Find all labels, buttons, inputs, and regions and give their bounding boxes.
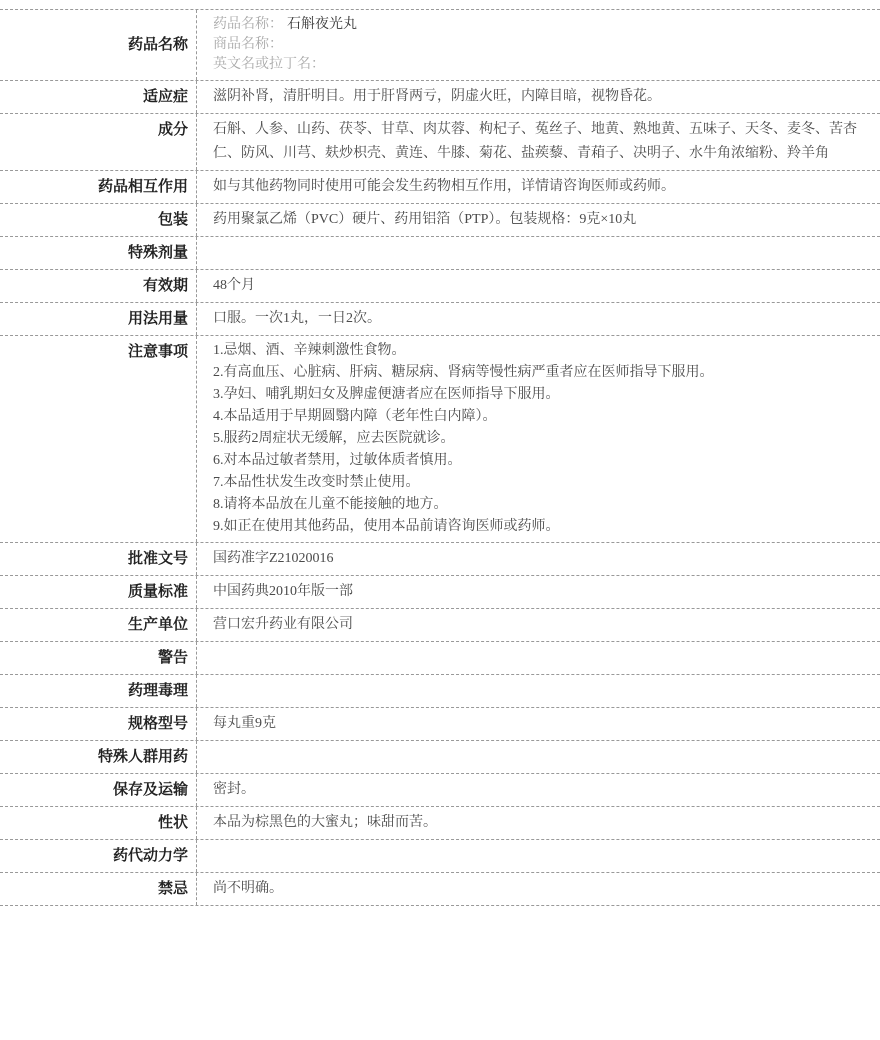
row-content: 国药准字Z21020016 (197, 543, 880, 575)
english-name-line: 英文名或拉丁名： (213, 55, 866, 75)
row-content: 营口宏升药业有限公司 (197, 609, 880, 641)
row-label: 性状 (0, 807, 197, 839)
row-content: 密封。 (197, 774, 880, 806)
row-label: 保存及运输 (0, 774, 197, 806)
row-label: 药理毒理 (0, 675, 197, 707)
row-label: 注意事项 (0, 336, 197, 542)
row-content: 滋阴补肾，清肝明目。用于肝肾两亏，阴虚火旺，内障目暗，视物昏花。 (197, 81, 880, 113)
precaution-item: 1.忌烟、酒、辛辣刺激性食物。 (213, 340, 866, 362)
table-row-pharmacokinetics: 药代动力学 (0, 840, 880, 873)
table-row-description: 性状 本品为棕黑色的大蜜丸；味甜而苦。 (0, 807, 880, 840)
english-name-key: 英文名或拉丁名： (213, 57, 325, 72)
row-label: 规格型号 (0, 708, 197, 740)
table-row-shelf-life: 有效期 48个月 (0, 270, 880, 303)
table-row-warning: 警告 (0, 642, 880, 675)
table-row-packaging: 包装 药用聚氯乙烯（PVC）硬片、药用铝箔（PTP）。包装规格：9克×10丸 (0, 204, 880, 237)
table-row-storage: 保存及运输 密封。 (0, 774, 880, 807)
precaution-item: 7.本品性状发生改变时禁止使用。 (213, 472, 866, 494)
row-content (197, 642, 880, 674)
table-row-special-populations: 特殊人群用药 (0, 741, 880, 774)
row-label: 药代动力学 (0, 840, 197, 872)
row-label: 批准文号 (0, 543, 197, 575)
table-row-ingredients: 成分 石斛、人参、山药、茯苓、甘草、肉苁蓉、枸杞子、菟丝子、地黄、熟地黄、五味子… (0, 114, 880, 171)
table-row-approval-number: 批准文号 国药准字Z21020016 (0, 543, 880, 576)
row-label: 特殊人群用药 (0, 741, 197, 773)
row-label: 成分 (0, 114, 197, 170)
precaution-item: 8.请将本品放在儿童不能接触的地方。 (213, 494, 866, 516)
row-content (197, 741, 880, 773)
row-content: 48个月 (197, 270, 880, 302)
row-label: 药品名称 (0, 10, 197, 80)
precaution-item: 6.对本品过敏者禁用，过敏体质者慎用。 (213, 450, 866, 472)
precaution-item: 2.有高血压、心脏病、肝病、糖尿病、肾病等慢性病严重者应在医师指导下服用。 (213, 362, 866, 384)
table-row-specification: 规格型号 每丸重9克 (0, 708, 880, 741)
row-label: 药品相互作用 (0, 171, 197, 203)
trade-name-line: 商品名称： (213, 35, 866, 55)
table-row-manufacturer: 生产单位 营口宏升药业有限公司 (0, 609, 880, 642)
row-content: 本品为棕黑色的大蜜丸；味甜而苦。 (197, 807, 880, 839)
row-label: 特殊剂量 (0, 237, 197, 269)
drug-name-key: 药品名称： (213, 17, 283, 32)
row-content: 口服。一次1丸，一日2次。 (197, 303, 880, 335)
table-row-drug-name: 药品名称 药品名称：石斛夜光丸 商品名称： 英文名或拉丁名： (0, 10, 880, 81)
row-content: 每丸重9克 (197, 708, 880, 740)
row-content: 如与其他药物同时使用可能会发生药物相互作用，详情请咨询医师或药师。 (197, 171, 880, 203)
table-row-dosage: 用法用量 口服。一次1丸，一日2次。 (0, 303, 880, 336)
table-row-contraindications: 禁忌 尚不明确。 (0, 873, 880, 906)
table-row-indications: 适应症 滋阴补肾，清肝明目。用于肝肾两亏，阴虚火旺，内障目暗，视物昏花。 (0, 81, 880, 114)
row-content (197, 237, 880, 269)
row-label: 有效期 (0, 270, 197, 302)
drug-name-value: 石斛夜光丸 (287, 17, 357, 32)
row-content: 石斛、人参、山药、茯苓、甘草、肉苁蓉、枸杞子、菟丝子、地黄、熟地黄、五味子、天冬… (197, 114, 880, 170)
row-label: 生产单位 (0, 609, 197, 641)
row-label: 用法用量 (0, 303, 197, 335)
row-content (197, 840, 880, 872)
row-label: 质量标准 (0, 576, 197, 608)
row-label: 禁忌 (0, 873, 197, 905)
row-content: 药品名称：石斛夜光丸 商品名称： 英文名或拉丁名： (197, 10, 880, 80)
precaution-item: 9.如正在使用其他药品，使用本品前请咨询医师或药师。 (213, 516, 866, 538)
row-label: 适应症 (0, 81, 197, 113)
row-content: 中国药典2010年版一部 (197, 576, 880, 608)
drug-info-table: 药品名称 药品名称：石斛夜光丸 商品名称： 英文名或拉丁名： 适应症 滋阴补肾，… (0, 9, 880, 906)
precaution-item: 4.本品适用于早期圆翳内障（老年性白内障）。 (213, 406, 866, 428)
row-content: 1.忌烟、酒、辛辣刺激性食物。 2.有高血压、心脏病、肝病、糖尿病、肾病等慢性病… (197, 336, 880, 542)
row-content: 尚不明确。 (197, 873, 880, 905)
table-row-interactions: 药品相互作用 如与其他药物同时使用可能会发生药物相互作用，详情请咨询医师或药师。 (0, 171, 880, 204)
row-label: 警告 (0, 642, 197, 674)
trade-name-key: 商品名称： (213, 37, 283, 52)
row-content (197, 675, 880, 707)
drug-name-line: 药品名称：石斛夜光丸 (213, 15, 866, 35)
precaution-item: 3.孕妇、哺乳期妇女及脾虚便溏者应在医师指导下服用。 (213, 384, 866, 406)
row-label: 包装 (0, 204, 197, 236)
table-row-quality-standard: 质量标准 中国药典2010年版一部 (0, 576, 880, 609)
table-row-pharmacology: 药理毒理 (0, 675, 880, 708)
table-row-precautions: 注意事项 1.忌烟、酒、辛辣刺激性食物。 2.有高血压、心脏病、肝病、糖尿病、肾… (0, 336, 880, 543)
row-content: 药用聚氯乙烯（PVC）硬片、药用铝箔（PTP）。包装规格：9克×10丸 (197, 204, 880, 236)
table-row-special-dosage: 特殊剂量 (0, 237, 880, 270)
precaution-item: 5.服药2周症状无缓解，应去医院就诊。 (213, 428, 866, 450)
